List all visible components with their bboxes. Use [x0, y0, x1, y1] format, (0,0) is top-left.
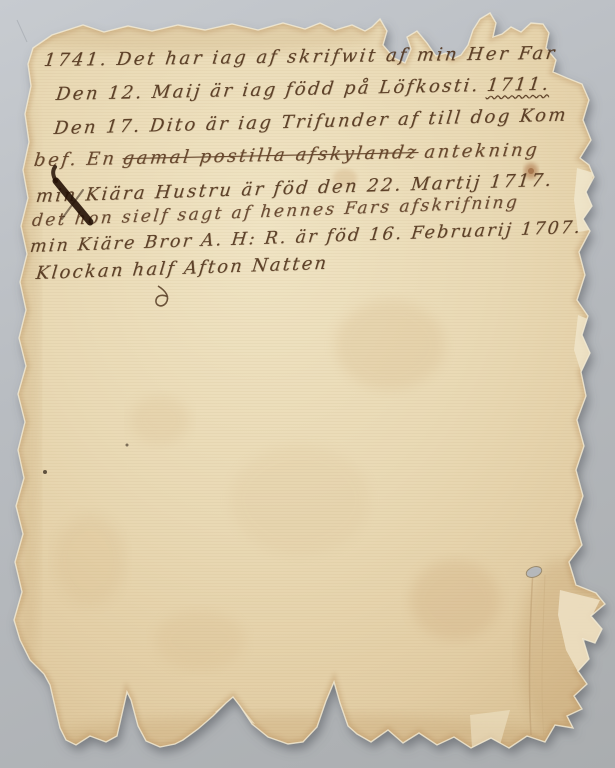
struck-through-words: gamal postilla afskylandz — [121, 142, 419, 169]
handwritten-text: 1741. Det har iag af skrifwit af min Her… — [0, 0, 615, 768]
line-4-prefix: bef. En — [33, 148, 118, 171]
manuscript-line-2: Den 12. Maij är iag född på Löfkosti.171… — [55, 74, 552, 105]
manuscript-line-1: 1741. Det har iag af skrifwit af min Her… — [43, 43, 559, 71]
manuscript-line-4: bef. Engamal postilla afskylandzanteknin… — [33, 139, 541, 171]
underlined-year-1711: 1711. — [486, 74, 552, 96]
manuscript-line-3: Den 17. Dito är iag Trifunder af till do… — [53, 105, 569, 140]
manuscript-line-8: Klockan half Afton Natten — [35, 253, 330, 284]
manuscript-photo: 1741. Det har iag af skrifwit af min Her… — [0, 0, 615, 768]
line-2-text: Den 12. Maij är iag född på Löfkosti. — [55, 75, 481, 105]
line-4-suffix: antekning — [423, 139, 540, 162]
